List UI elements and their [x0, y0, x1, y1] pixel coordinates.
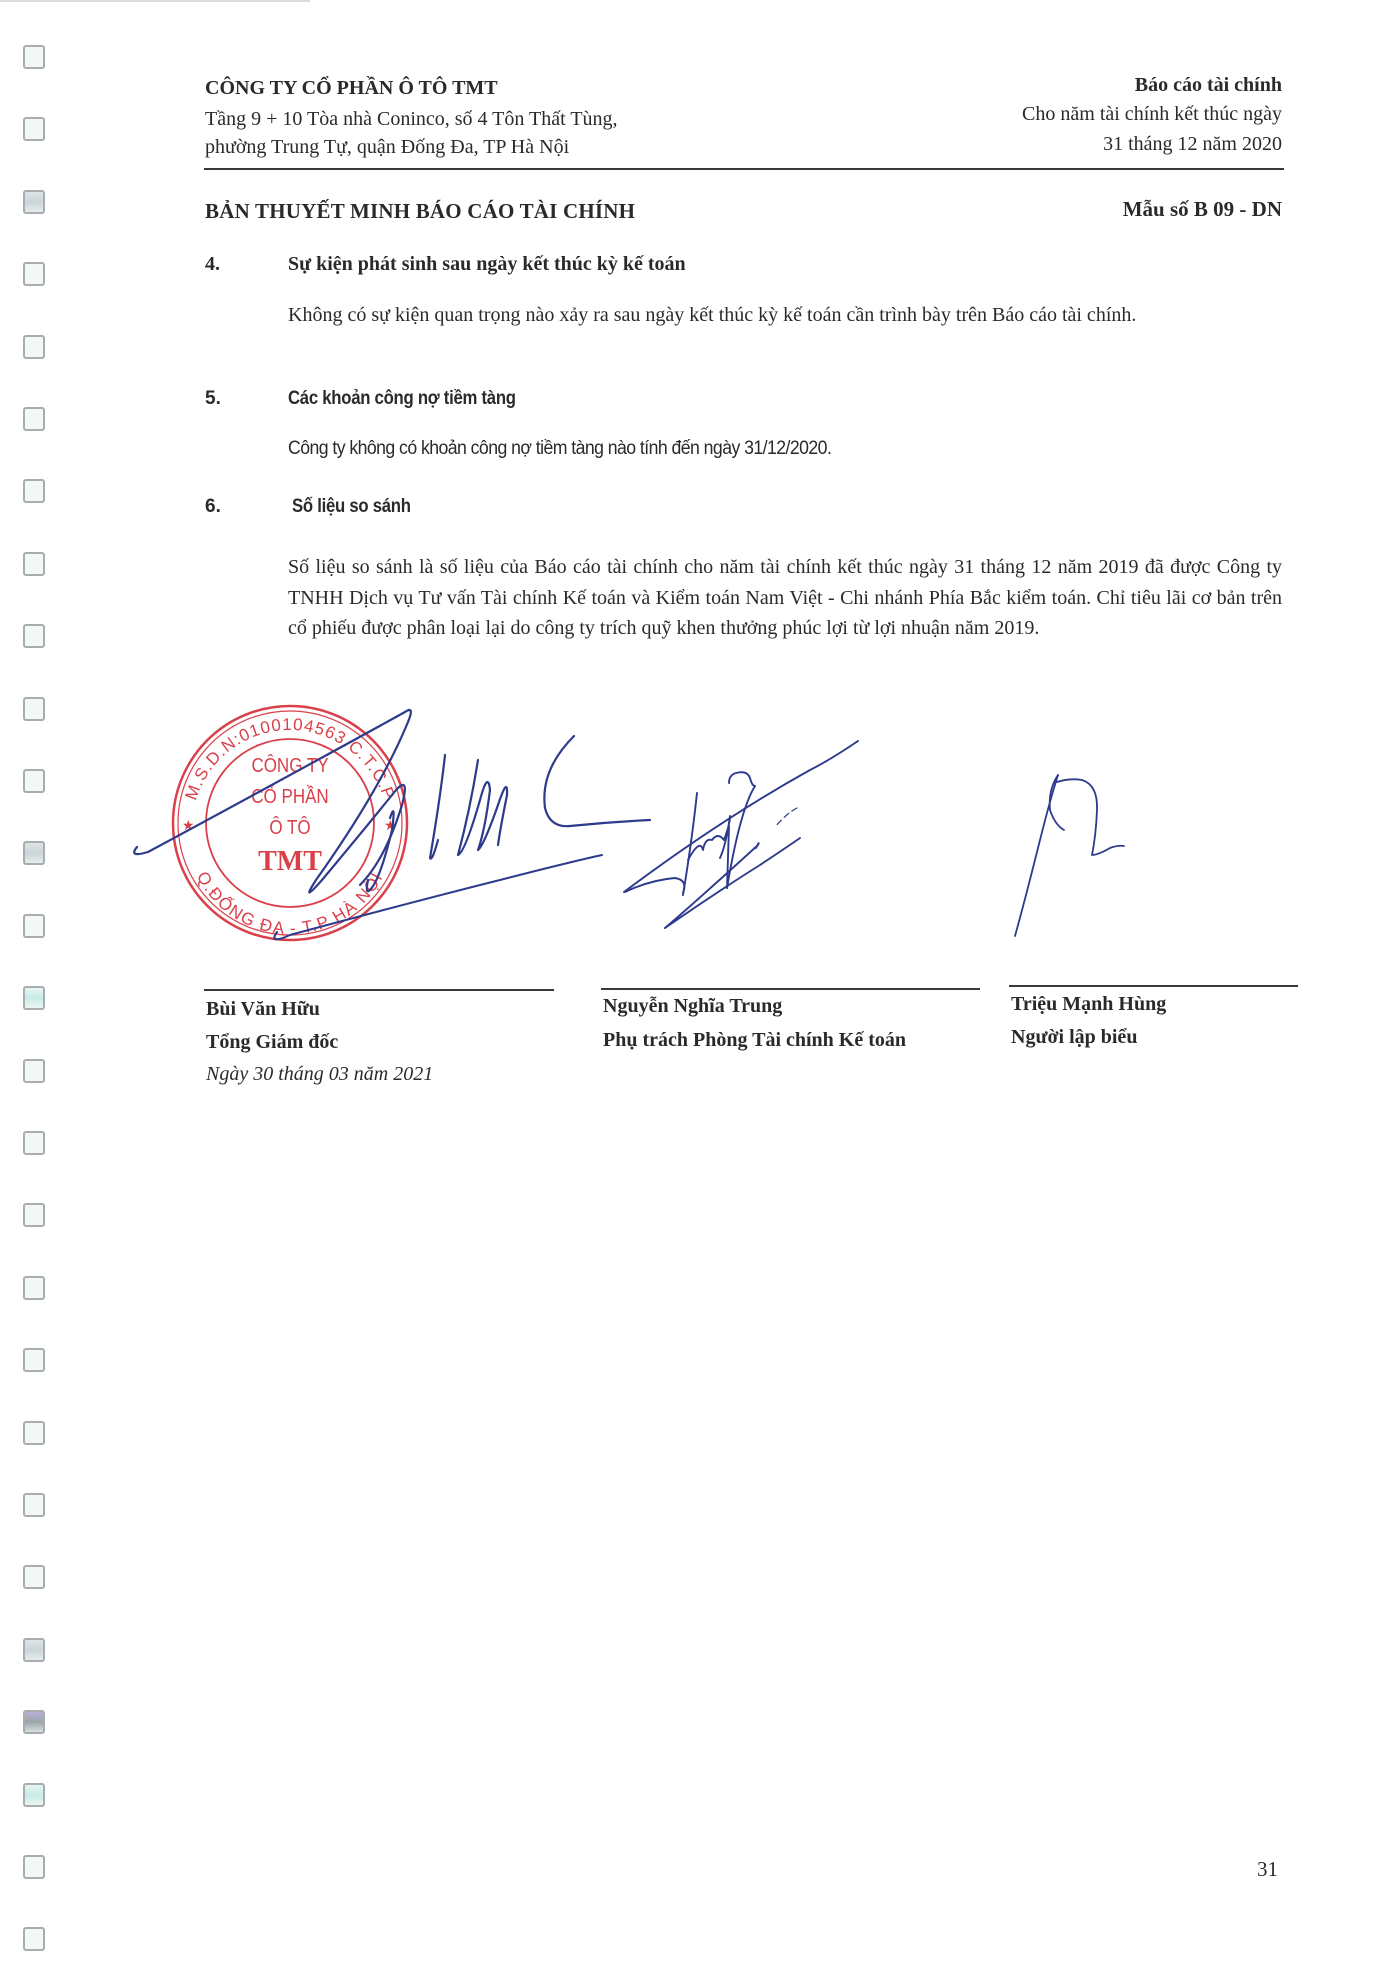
section-4-body: Không có sự kiện quan trọng nào xảy ra s… [288, 300, 1282, 331]
stamp-top-arc: M.S.D.N:0100104563.C.T.C.P [181, 715, 398, 803]
report-title: Báo cáo tài chính [1135, 72, 1282, 98]
binding-hole [23, 1131, 45, 1155]
binding-hole [23, 1855, 45, 1879]
stamp-star-right-icon: ★ [384, 817, 397, 833]
binding-hole [23, 1783, 45, 1807]
binding-hole [23, 1565, 45, 1589]
binding-hole [23, 914, 45, 938]
section-4-number: 4. [205, 253, 220, 276]
stamp-bottom-arc: Q.ĐỐNG ĐA - T.P HÀ NỘI [193, 868, 387, 938]
company-address-line2: phường Trung Tự, quận Đống Đa, TP Hà Nội [205, 134, 569, 160]
signatory-1-name: Bùi Văn Hữu [206, 998, 320, 1021]
report-period-line2: 31 tháng 12 năm 2020 [1103, 131, 1282, 157]
document-title: BẢN THUYẾT MINH BÁO CÁO TÀI CHÍNH [205, 199, 635, 224]
signature-3 [1015, 775, 1124, 936]
signature-line-3 [1009, 985, 1298, 987]
signatory-2-title: Phụ trách Phòng Tài chính Kế toán [603, 1029, 906, 1052]
binding-hole [23, 45, 45, 69]
stamp-line-1: CÔNG TY [251, 754, 328, 777]
svg-text:Q.ĐỐNG ĐA - T.P HÀ NỘI: Q.ĐỐNG ĐA - T.P HÀ NỘI [193, 868, 387, 938]
signatory-3-name: Triệu Mạnh Hùng [1011, 993, 1166, 1016]
binding-hole [23, 1203, 45, 1227]
company-name: CÔNG TY CỔ PHẦN Ô TÔ TMT [205, 75, 498, 101]
signatures [134, 710, 1124, 939]
binding-hole [23, 1493, 45, 1517]
signature-1 [134, 710, 650, 939]
section-6-body: Số liệu so sánh là số liệu của Báo cáo t… [288, 552, 1282, 644]
company-stamp: M.S.D.N:0100104563.C.T.C.P Q.ĐỐNG ĐA - T… [173, 706, 407, 940]
binding-hole [23, 769, 45, 793]
section-5-number: 5. [205, 388, 221, 410]
section-4-heading: Sự kiện phát sinh sau ngày kết thúc kỳ k… [288, 253, 686, 276]
binding-hole [23, 697, 45, 721]
binding-hole [23, 1421, 45, 1445]
binding-hole [23, 1276, 45, 1300]
binding-hole [23, 262, 45, 286]
binding-hole [23, 986, 45, 1010]
section-6-number: 6. [205, 496, 221, 518]
section-5-body: Công ty không có khoản công nợ tiềm tàng… [288, 434, 831, 465]
binding-hole [23, 552, 45, 576]
signatory-1-title: Tổng Giám đốc [206, 1031, 338, 1054]
signatory-2-name: Nguyễn Nghĩa Trung [603, 995, 782, 1018]
section-6-heading: Số liệu so sánh [292, 496, 411, 518]
signature-line-2 [601, 988, 980, 990]
signature-line-1 [204, 989, 554, 991]
binding-hole [23, 1638, 45, 1662]
binding-hole [23, 624, 45, 648]
binding-hole [23, 407, 45, 431]
stamp-line-4: TMT [258, 846, 322, 877]
binding-hole [23, 117, 45, 141]
page-number: 31 [1257, 1857, 1278, 1882]
binding-hole [23, 335, 45, 359]
binding-hole [23, 190, 45, 214]
binding-hole [23, 1927, 45, 1951]
binding-hole [23, 1059, 45, 1083]
signatory-3-title: Người lập biểu [1011, 1026, 1137, 1049]
signing-date: Ngày 30 tháng 03 năm 2021 [206, 1063, 433, 1086]
binding-hole [23, 479, 45, 503]
binding-hole [23, 1710, 45, 1734]
signature-2 [624, 741, 858, 928]
stamp-line-2: CỔ PHẦN [251, 785, 328, 808]
binding-hole [23, 1348, 45, 1372]
form-number: Mẫu số B 09 - DN [1123, 197, 1282, 222]
section-5-heading: Các khoản công nợ tiềm tàng [288, 388, 516, 410]
binding-holes [0, 0, 70, 1980]
company-address-line1: Tầng 9 + 10 Tòa nhà Coninco, số 4 Tôn Th… [205, 106, 618, 132]
svg-text:M.S.D.N:0100104563.C.T.C.P: M.S.D.N:0100104563.C.T.C.P [181, 715, 398, 803]
binding-hole [23, 841, 45, 865]
stamp-line-3: Ô TÔ [269, 816, 310, 839]
header-rule [204, 168, 1284, 170]
report-period-line1: Cho năm tài chính kết thúc ngày [1022, 101, 1282, 127]
stamp-star-left-icon: ★ [182, 817, 195, 833]
